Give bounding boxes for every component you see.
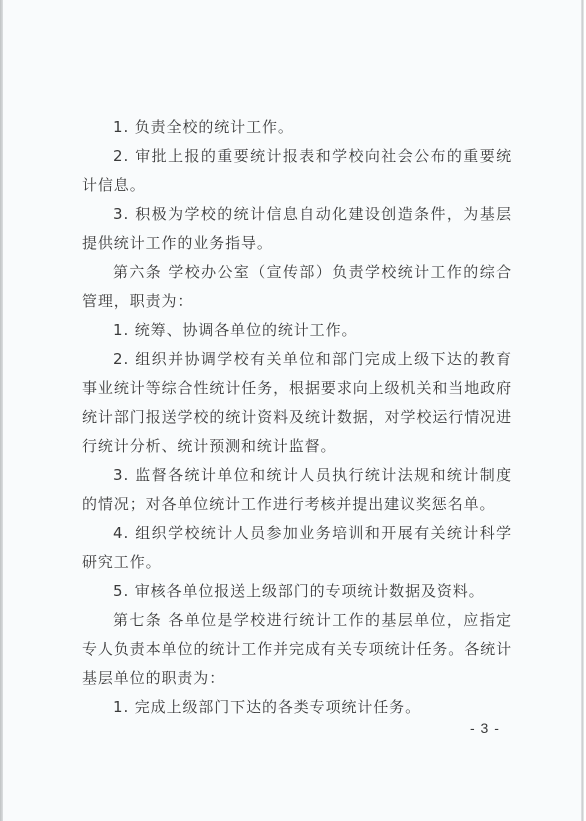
paragraph-article-6-item-4: 4. 组织学校统计人员参加业务培训和开展有关统计科学研究工作。: [82, 519, 512, 577]
page-left-edge: [0, 0, 3, 821]
paragraph-article-7: 第七条 各单位是学校进行统计工作的基层单位，应指定专人负责本单位的统计工作并完成…: [82, 606, 512, 693]
paragraph-article-6: 第六条 学校办公室（宣传部）负责学校统计工作的综合管理，职责为：: [82, 258, 512, 316]
paragraph-article-6-item-2: 2. 组织并协调学校有关单位和部门完成上级下达的教育事业统计等综合性统计任务，根…: [82, 345, 512, 461]
paragraph-article-6-item-5: 5. 审核各单位报送上级部门的专项统计数据及资料。: [82, 577, 512, 606]
paragraph-item-3: 3. 积极为学校的统计信息自动化建设创造条件，为基层提供统计工作的业务指导。: [82, 200, 512, 258]
paragraph-article-6-item-1: 1. 统筹、协调各单位的统计工作。: [82, 316, 512, 345]
document-body: 1. 负责全校的统计工作。 2. 审批上报的重要统计报表和学校向社会公布的重要统…: [82, 113, 512, 722]
document-page: 1. 负责全校的统计工作。 2. 审批上报的重要统计报表和学校向社会公布的重要统…: [0, 0, 586, 821]
paragraph-item-2: 2. 审批上报的重要统计报表和学校向社会公布的重要统计信息。: [82, 142, 512, 200]
page-right-edge: [581, 0, 586, 821]
paragraph-article-6-item-3: 3. 监督各统计单位和统计人员执行统计法规和统计制度的情况；对各单位统计工作进行…: [82, 461, 512, 519]
paragraph-item-1: 1. 负责全校的统计工作。: [82, 113, 512, 142]
page-number: - 3 -: [470, 720, 500, 736]
paragraph-article-7-item-1: 1. 完成上级部门下达的各类专项统计任务。: [82, 693, 512, 722]
